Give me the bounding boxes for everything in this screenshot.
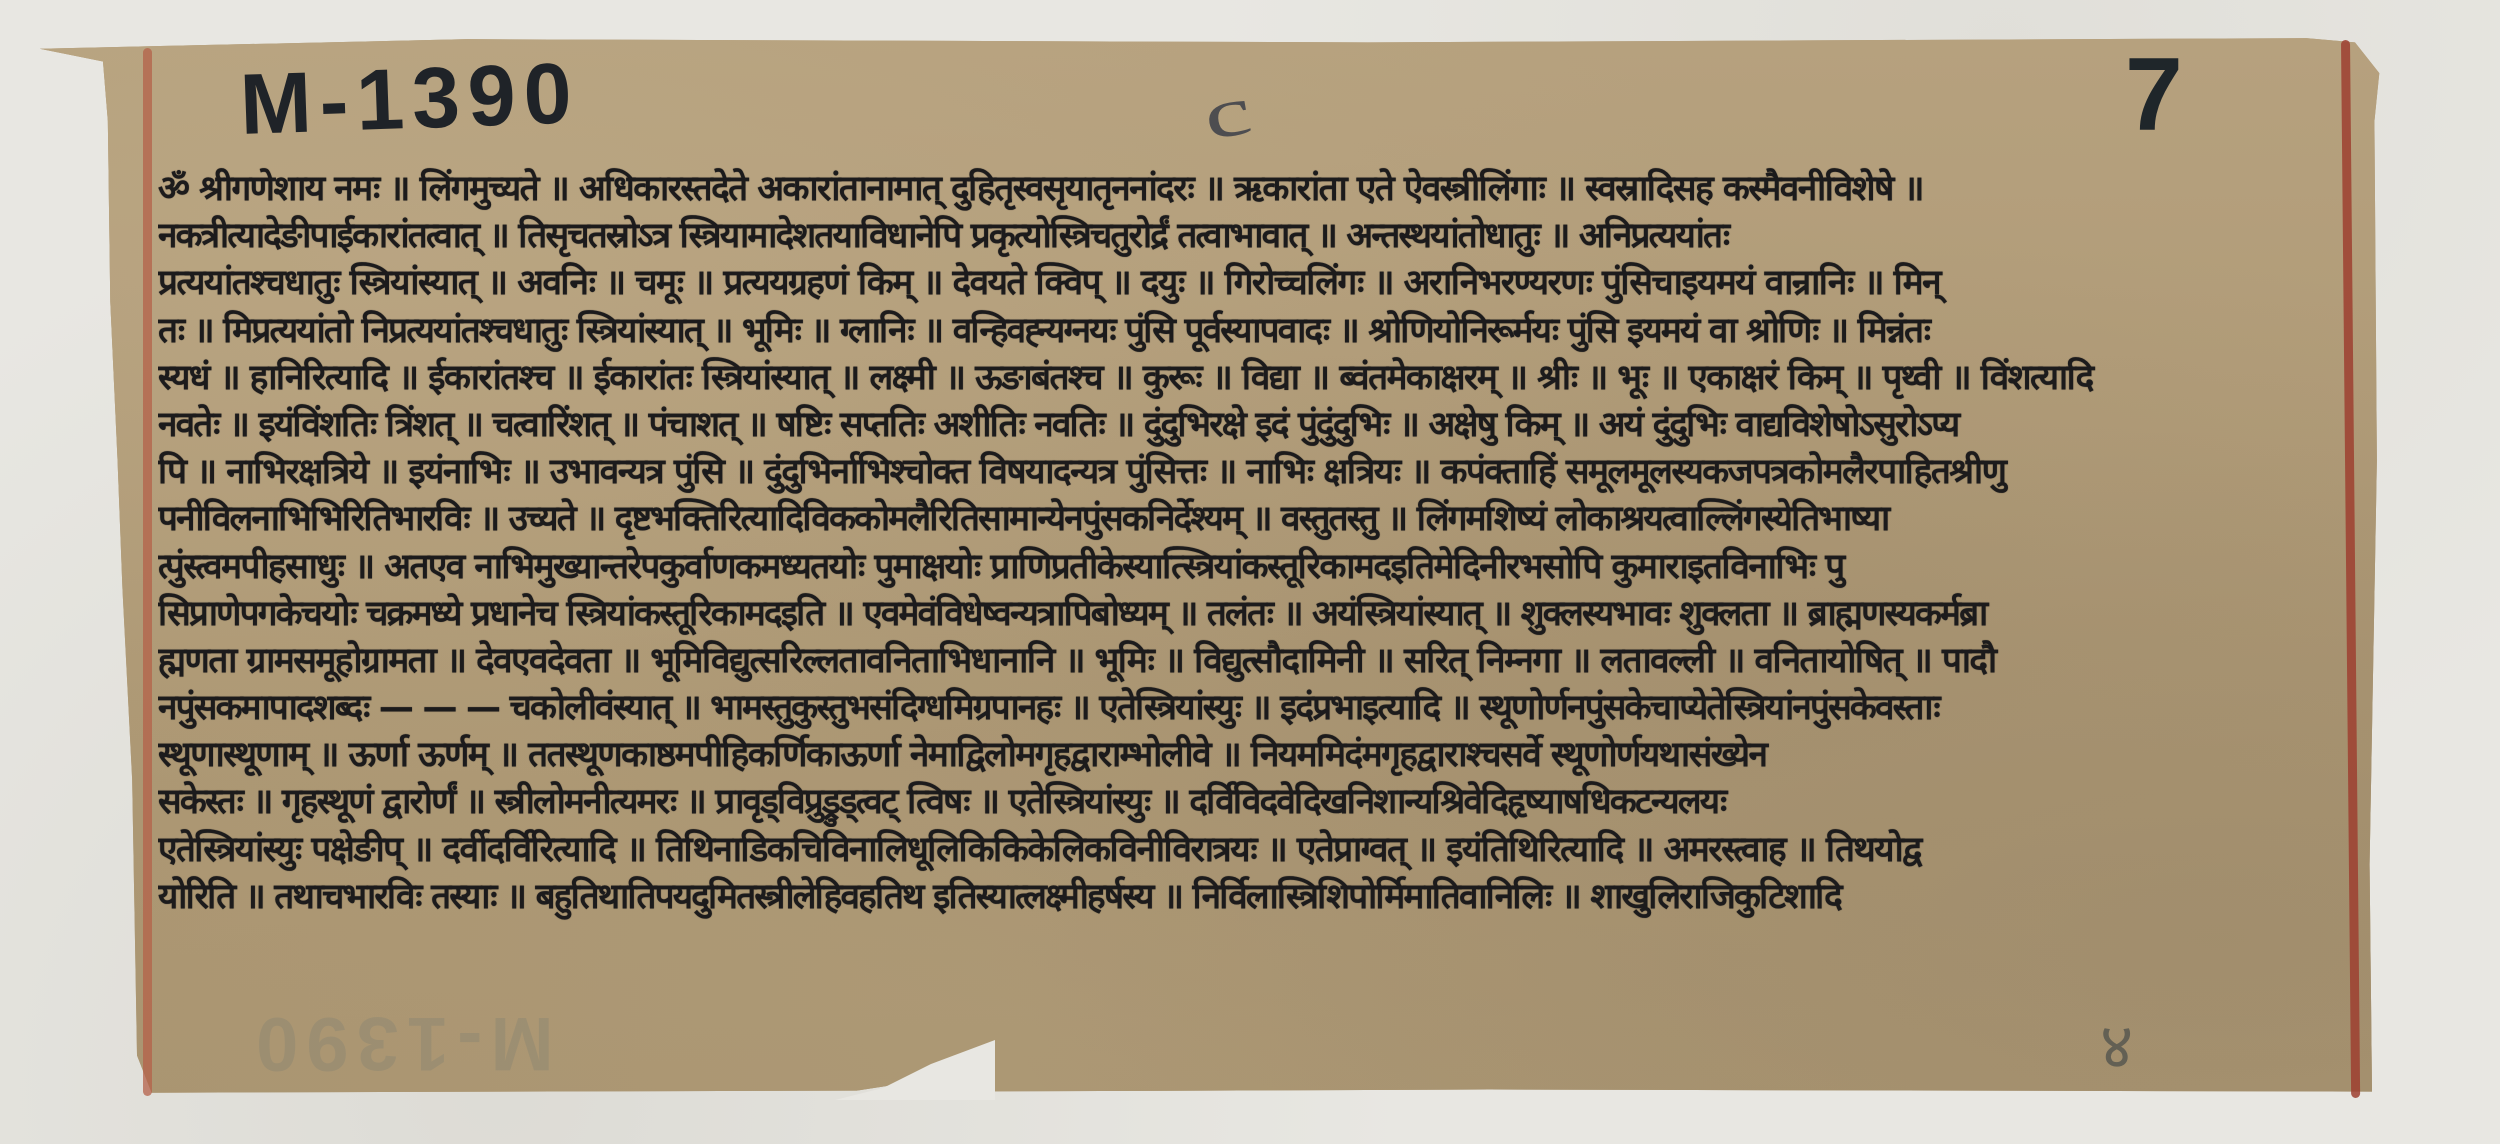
- faded-catalog-stamp: M-1390: [248, 1000, 554, 1087]
- bottom-right-numeral-mark: ४: [2100, 1000, 2133, 1087]
- manuscript-line: पनीविलनाभिभिरितिभारविः ॥ उच्यते ॥ दृष्टभ…: [158, 496, 2348, 543]
- manuscript-line: सिप्राणेपगकेचयोः चक्रमध्ये प्रधानेच स्त्…: [158, 591, 2348, 638]
- manuscript-line: प्रत्ययांतश्चधातुः स्त्रियांस्यात् ॥ अवन…: [158, 260, 2348, 307]
- manuscript-line: स्थूणास्थूणाम् ॥ ऊर्णा ऊर्णम् ॥ ततस्थूणक…: [158, 732, 2348, 779]
- folio-number: 7: [2125, 36, 2183, 155]
- manuscript-line: नपुंसकमापादशब्दः — — — चकोलीवंस्यात् ॥ भ…: [158, 685, 2348, 732]
- manuscript-line: नकत्रीत्यादेङीपाईकारांतत्वात् ॥ तिसृचतस्…: [158, 213, 2348, 260]
- manuscript-line: एतेस्त्रियांस्युः पक्षेङीप् ॥ दर्वीदर्वि…: [158, 827, 2348, 874]
- manuscript-line: योरिति ॥ तथाचभारविः तस्याः ॥ बहुतिथातिपय…: [158, 874, 2348, 921]
- manuscript-line: पि ॥ नाभिरक्षत्रिये ॥ इयंनाभिः ॥ उभावन्य…: [158, 449, 2348, 496]
- manuscript-line: नवतेः ॥ इयंविंशतिः त्रिंशत् ॥ चत्वारिंशत…: [158, 402, 2348, 449]
- left-margin-rule: [143, 48, 152, 1096]
- catalog-number-label: M-1390: [238, 44, 581, 155]
- manuscript-line: तः ॥ मिप्रत्ययांतो निप्रत्ययांतश्चधातुः …: [158, 308, 2348, 355]
- manuscript-text-block: ॐ श्रीगणेशाय नमः ॥ लिंगमुच्यते ॥ अधिकारस…: [158, 166, 2348, 921]
- manuscript-line: ॐ श्रीगणेशाय नमः ॥ लिंगमुच्यते ॥ अधिकारस…: [158, 166, 2348, 213]
- manuscript-line: त्पुंस्त्वमपीहसाधुः ॥ अतएव नाभिमुख्यान्त…: [158, 544, 2348, 591]
- manuscript-line: सकेस्तः ॥ गृहस्थूणं द्वारोर्णं ॥ स्त्रील…: [158, 779, 2348, 826]
- manuscript-line: स्यधं ॥ हानिरित्यादि ॥ ईकारांतश्च ॥ ईकार…: [158, 355, 2348, 402]
- manuscript-line: ह्मणता ग्रामसमूहोग्रामता ॥ देवएवदेवता ॥ …: [158, 638, 2348, 685]
